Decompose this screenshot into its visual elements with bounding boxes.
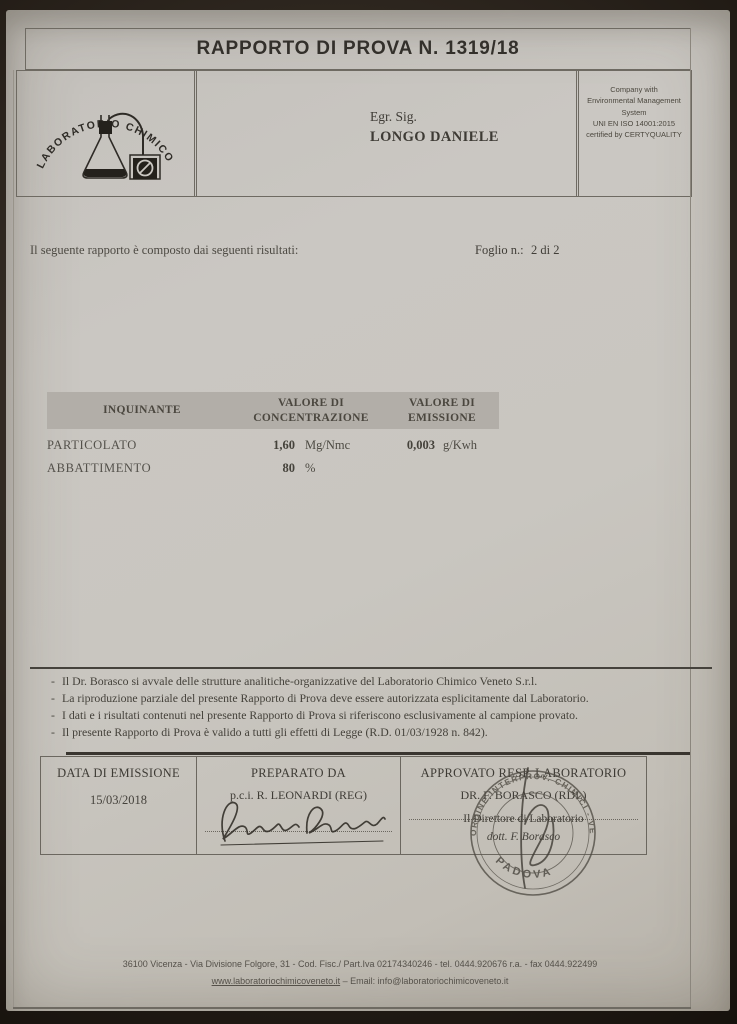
note-bullet: - [44, 691, 62, 706]
note-text: I dati e i risultati contenuti nel prese… [62, 708, 692, 723]
beaker-icon [130, 155, 160, 179]
footer-website-link: www.laboratoriochimicoveneto.it [212, 976, 341, 986]
prepared-by-cell: PREPARATO DA p.c.i. R. LEONARDI (REG) [197, 756, 401, 855]
concentration-unit: Mg/Nmc [305, 438, 350, 453]
emission-value: 0,003 [390, 438, 435, 453]
note-item: - Il presente Rapporto di Prova è valido… [32, 725, 692, 740]
sheet-number-value: 2 di 2 [531, 243, 559, 258]
col-emission-header: VALORE DI EMISSIONE [385, 396, 499, 425]
emission-unit: g/Kwh [443, 438, 477, 453]
emission-date-cell: DATA DI EMISSIONE 15/03/2018 [40, 756, 197, 855]
svg-text:ORDINE INTERPROV. CHIMICI - VE: ORDINE INTERPROV. CHIMICI - VENETO [462, 762, 597, 836]
emission-date-value: 15/03/2018 [41, 793, 196, 808]
certification-box: Company with Environmental Management Sy… [576, 70, 692, 197]
recipient-name: LONGO DANIELE [370, 127, 499, 147]
leonardi-signature [211, 789, 391, 851]
sheet-number-label: Foglio n.: [475, 243, 524, 258]
col-pollutant-header: INQUINANTE [47, 403, 237, 417]
footer-email: – Email: info@laboratoriochimicoveneto.i… [343, 976, 509, 986]
intro-text: Il seguente rapporto è composto dai segu… [30, 243, 298, 258]
footer-contacts: www.laboratoriochimicoveneto.it – Email:… [40, 973, 680, 990]
concentration-value: 1,60 [235, 438, 295, 453]
note-text: Il presente Rapporto di Prova è valido a… [62, 725, 692, 740]
recipient-block: Egr. Sig. LONGO DANIELE [370, 108, 499, 147]
col-concentration-header: VALORE DI CONCENTRAZIONE [237, 396, 385, 425]
report-title-box: RAPPORTO DI PROVA N. 1319/18 [25, 28, 691, 70]
document-photo: RAPPORTO DI PROVA N. 1319/18 LABORATORIO… [0, 0, 737, 1024]
recipient-salutation: Egr. Sig. [370, 108, 499, 127]
footer-block: 36100 Vicenza - Via Divisione Folgore, 3… [40, 956, 680, 989]
page-border-right [690, 28, 691, 1008]
report-title: RAPPORTO DI PROVA N. 1319/18 [197, 38, 520, 60]
concentration-unit: % [305, 461, 315, 476]
lab-logo-icon: LABORATORIO CHIMICO VENETO [22, 75, 192, 192]
note-bullet: - [44, 725, 62, 740]
notes-divider [30, 667, 712, 669]
note-bullet: - [44, 708, 62, 723]
footer-address: 36100 Vicenza - Via Divisione Folgore, 3… [40, 956, 680, 973]
note-item: - I dati e i risultati contenuti nel pre… [32, 708, 692, 723]
page-border-left [13, 70, 14, 1008]
laboratory-stamp: ORDINE INTERPROV. CHIMICI - VENETO PADOV… [462, 762, 604, 904]
pollutant-name: PARTICOLATO [47, 438, 137, 453]
note-text: Il Dr. Borasco si avvale delle strutture… [62, 674, 692, 689]
note-text: La riproduzione parziale del presente Ra… [62, 691, 692, 706]
page-border-bottom [13, 1007, 691, 1009]
prepared-by-label: PREPARATO DA [197, 766, 400, 781]
lab-logo-box: LABORATORIO CHIMICO VENETO [16, 70, 197, 197]
certification-text: Company with Environmental Management Sy… [583, 84, 685, 140]
emission-date-label: DATA DI EMISSIONE [41, 766, 196, 781]
concentration-value: 80 [235, 461, 295, 476]
results-table-header: INQUINANTE VALORE DI CONCENTRAZIONE VALO… [47, 392, 499, 429]
pollutant-name: ABBATTIMENTO [47, 461, 151, 476]
note-bullet: - [44, 674, 62, 689]
note-item: - Il Dr. Borasco si avvale delle struttu… [32, 674, 692, 689]
note-item: - La riproduzione parziale del presente … [32, 691, 692, 706]
signature-table-top-rule [66, 752, 690, 755]
